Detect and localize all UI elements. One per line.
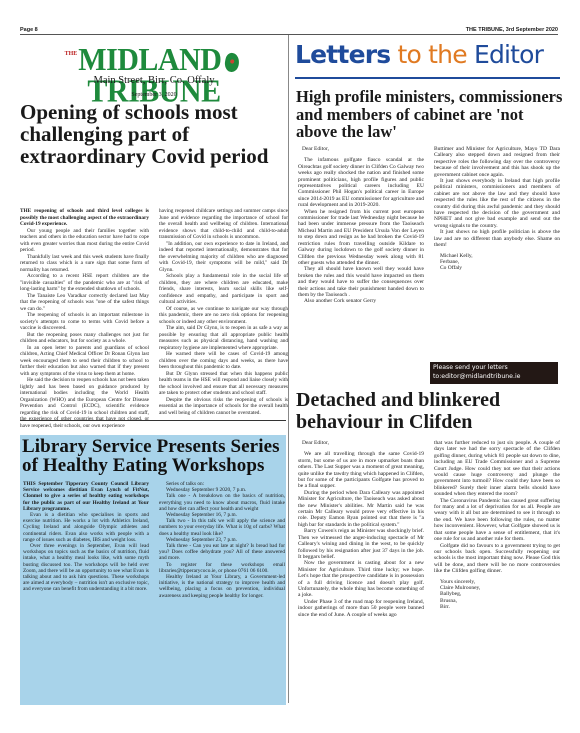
send-letters-box: Please send your letters to:editor@midla… bbox=[430, 362, 558, 384]
schools-col-2: having reopened childcare settings and s… bbox=[159, 208, 288, 433]
schools-lead-paragraph: THE reopening of schools and third level… bbox=[20, 208, 149, 228]
letters-to-editor-banner: Letters to the Editor bbox=[295, 35, 560, 78]
schools-paragraph: Our young people and their families toge… bbox=[20, 228, 149, 254]
masthead-date: September 3, 2020 bbox=[20, 92, 288, 98]
letter1-paragraph: They all should have known well they wou… bbox=[298, 266, 424, 298]
letter1-paragraph: Also another Cork senator Gerry bbox=[298, 298, 424, 304]
schools-paragraph: The aim, said Dr Glynn, is to reopen in … bbox=[159, 325, 288, 351]
schools-paragraph: "In addition, our own experience to date… bbox=[159, 241, 288, 274]
banner-word-to-the: to the bbox=[398, 40, 467, 69]
banner-underline bbox=[295, 77, 560, 79]
schools-col-1: THE reopening of schools and third level… bbox=[20, 208, 149, 433]
library-headline: Library Service Presents Series of Healt… bbox=[22, 437, 286, 475]
letter2-body: Dear Editor, We are all travelling throu… bbox=[298, 440, 560, 710]
letter1-signoff-line: Co Offaly bbox=[440, 265, 560, 271]
library-paragraph: Over three evenings in September, Evan w… bbox=[23, 543, 149, 593]
letter1-paragraph: It just shows no high profile politician… bbox=[434, 229, 560, 248]
letter2-headline: Detached and blinkered behaviour in Clif… bbox=[296, 389, 566, 433]
letter2-col-2: that was further reduced to just six peo… bbox=[434, 440, 560, 710]
schools-paragraph: According to a recent HSE report childre… bbox=[20, 273, 149, 293]
library-body: THIS September Tipperary County Council … bbox=[23, 481, 285, 599]
library-paragraph: To register for these workshops email li… bbox=[159, 562, 285, 574]
letter2-paragraph: During the period when Dara Calleary was… bbox=[298, 490, 424, 528]
letter1-paragraph: It just shows everybody in Ireland that … bbox=[434, 178, 560, 229]
letter2-paragraph: Golfgate did no favours to a government … bbox=[434, 543, 560, 575]
letter1-paragraph: When he resigned from his current post e… bbox=[298, 209, 424, 267]
library-feature-box: Library Service Presents Series of Healt… bbox=[20, 435, 286, 705]
letter2-col-1: Dear Editor, We are all travelling throu… bbox=[298, 440, 424, 710]
schools-headline: Opening of schools most challenging part… bbox=[20, 101, 288, 167]
column-divider bbox=[288, 35, 289, 703]
letter1-col-1: Dear Editor, The infamous golfgate fiasc… bbox=[298, 146, 424, 361]
letter2-paragraph: Under Phase 3 of the road map for reopen… bbox=[298, 599, 424, 618]
banner-word-editor: Editor bbox=[474, 40, 543, 69]
letter2-paragraph: We are all travelling through the same C… bbox=[298, 451, 424, 489]
schools-paragraph: Despite the obvious risks the reopening … bbox=[159, 397, 288, 417]
schools-paragraph: The reopening of schools is an important… bbox=[20, 312, 149, 332]
letter1-salutation: Dear Editor, bbox=[298, 146, 424, 152]
letter2-salutation: Dear Editor, bbox=[298, 440, 424, 446]
library-lead-paragraph: THIS September Tipperary County Council … bbox=[23, 481, 149, 512]
letter2-paragraph: The Coronavirus Pandemic has caused grea… bbox=[434, 498, 560, 543]
banner-word-letters: Letters bbox=[295, 40, 390, 69]
masthead: THEMIDLANDTRIBUNE Main Street, Birr, Co.… bbox=[20, 35, 288, 93]
schools-paragraph: He warned there will be cases of Covid-1… bbox=[159, 351, 288, 371]
send-letters-email[interactable]: to:editor@midlandtribune.ie bbox=[433, 373, 555, 382]
schools-paragraph: But Dr Glynn stressed that when this hap… bbox=[159, 371, 288, 397]
schools-paragraph: The Tanaiste Leo Varadkar correctly decl… bbox=[20, 293, 149, 313]
library-col-1: THIS September Tipperary County Council … bbox=[23, 481, 149, 599]
library-paragraph: Talk three - Can you eat late at night? … bbox=[159, 543, 285, 562]
letter1-paragraph: The infamous golfgate fiasco scandal at … bbox=[298, 157, 424, 208]
letter2-paragraph: Barry Cowen's reign as Minister was shoc… bbox=[298, 528, 424, 560]
page-number: Page 8 bbox=[20, 27, 38, 33]
section-divider bbox=[20, 420, 286, 421]
library-paragraph: Healthy Ireland at Your Library, a Gover… bbox=[159, 574, 285, 599]
library-paragraph: Talk two - In this talk we will apply th… bbox=[159, 518, 285, 537]
schools-paragraph: Of course, as we continue to navigate ou… bbox=[159, 306, 288, 326]
letter2-paragraph: Now the government is casting about for … bbox=[298, 560, 424, 598]
schools-paragraph: having reopened childcare settings and s… bbox=[159, 208, 288, 241]
schools-paragraph: Thankfully last week and this week stude… bbox=[20, 254, 149, 274]
schools-paragraph: He said the decision to reopen schools h… bbox=[20, 377, 149, 429]
ireland-map-icon bbox=[224, 52, 241, 74]
masthead-the: THE bbox=[65, 51, 78, 57]
left-section: THEMIDLANDTRIBUNE Main Street, Birr, Co.… bbox=[20, 35, 288, 93]
schools-paragraph: But the reopening poses many challenges … bbox=[20, 332, 149, 345]
newspaper-page: Page 8 THE TRIBUNE, 3rd September 2020 T… bbox=[0, 0, 580, 733]
letter1-body: Dear Editor, The infamous golfgate fiasc… bbox=[298, 146, 560, 361]
library-paragraph: Evan is a dietitian who specialises in s… bbox=[23, 512, 149, 543]
send-letters-line1: Please send your letters bbox=[433, 364, 555, 373]
letter2-paragraph: that was further reduced to just six peo… bbox=[434, 440, 560, 498]
letter1-col-2: Buttimer and Minister for Agriculture, M… bbox=[434, 146, 560, 361]
letter2-signoff-line: Birr. bbox=[440, 604, 560, 610]
masthead-address: Main Street, Birr, Co. Offaly bbox=[20, 75, 288, 86]
letter1-signoff: Michael Kelly, Ferbane, Co Offaly bbox=[434, 253, 560, 272]
masthead-name-left: MIDLAND bbox=[78, 43, 221, 78]
schools-paragraph: In an open letter to parents and guardia… bbox=[20, 345, 149, 378]
schools-paragraph: Schools play a fundamental role in the s… bbox=[159, 273, 288, 306]
letters-banner-title: Letters to the Editor bbox=[295, 35, 560, 75]
letter2-signoff: Yours sincerely, Claire Mulrooney, Bally… bbox=[434, 579, 560, 611]
library-col-2: Series of talks on: Wednesday September … bbox=[159, 481, 285, 599]
paper-date: THE TRIBUNE, 3rd September 2020 bbox=[466, 27, 558, 33]
library-paragraph: Talk one - A breakdown on the basics of … bbox=[159, 493, 285, 512]
letter1-paragraph: Buttimer and Minister for Agriculture, M… bbox=[434, 146, 560, 178]
schools-article-body: THE reopening of schools and third level… bbox=[20, 208, 288, 433]
letter1-headline: High profile ministers, commissioners an… bbox=[296, 88, 566, 141]
